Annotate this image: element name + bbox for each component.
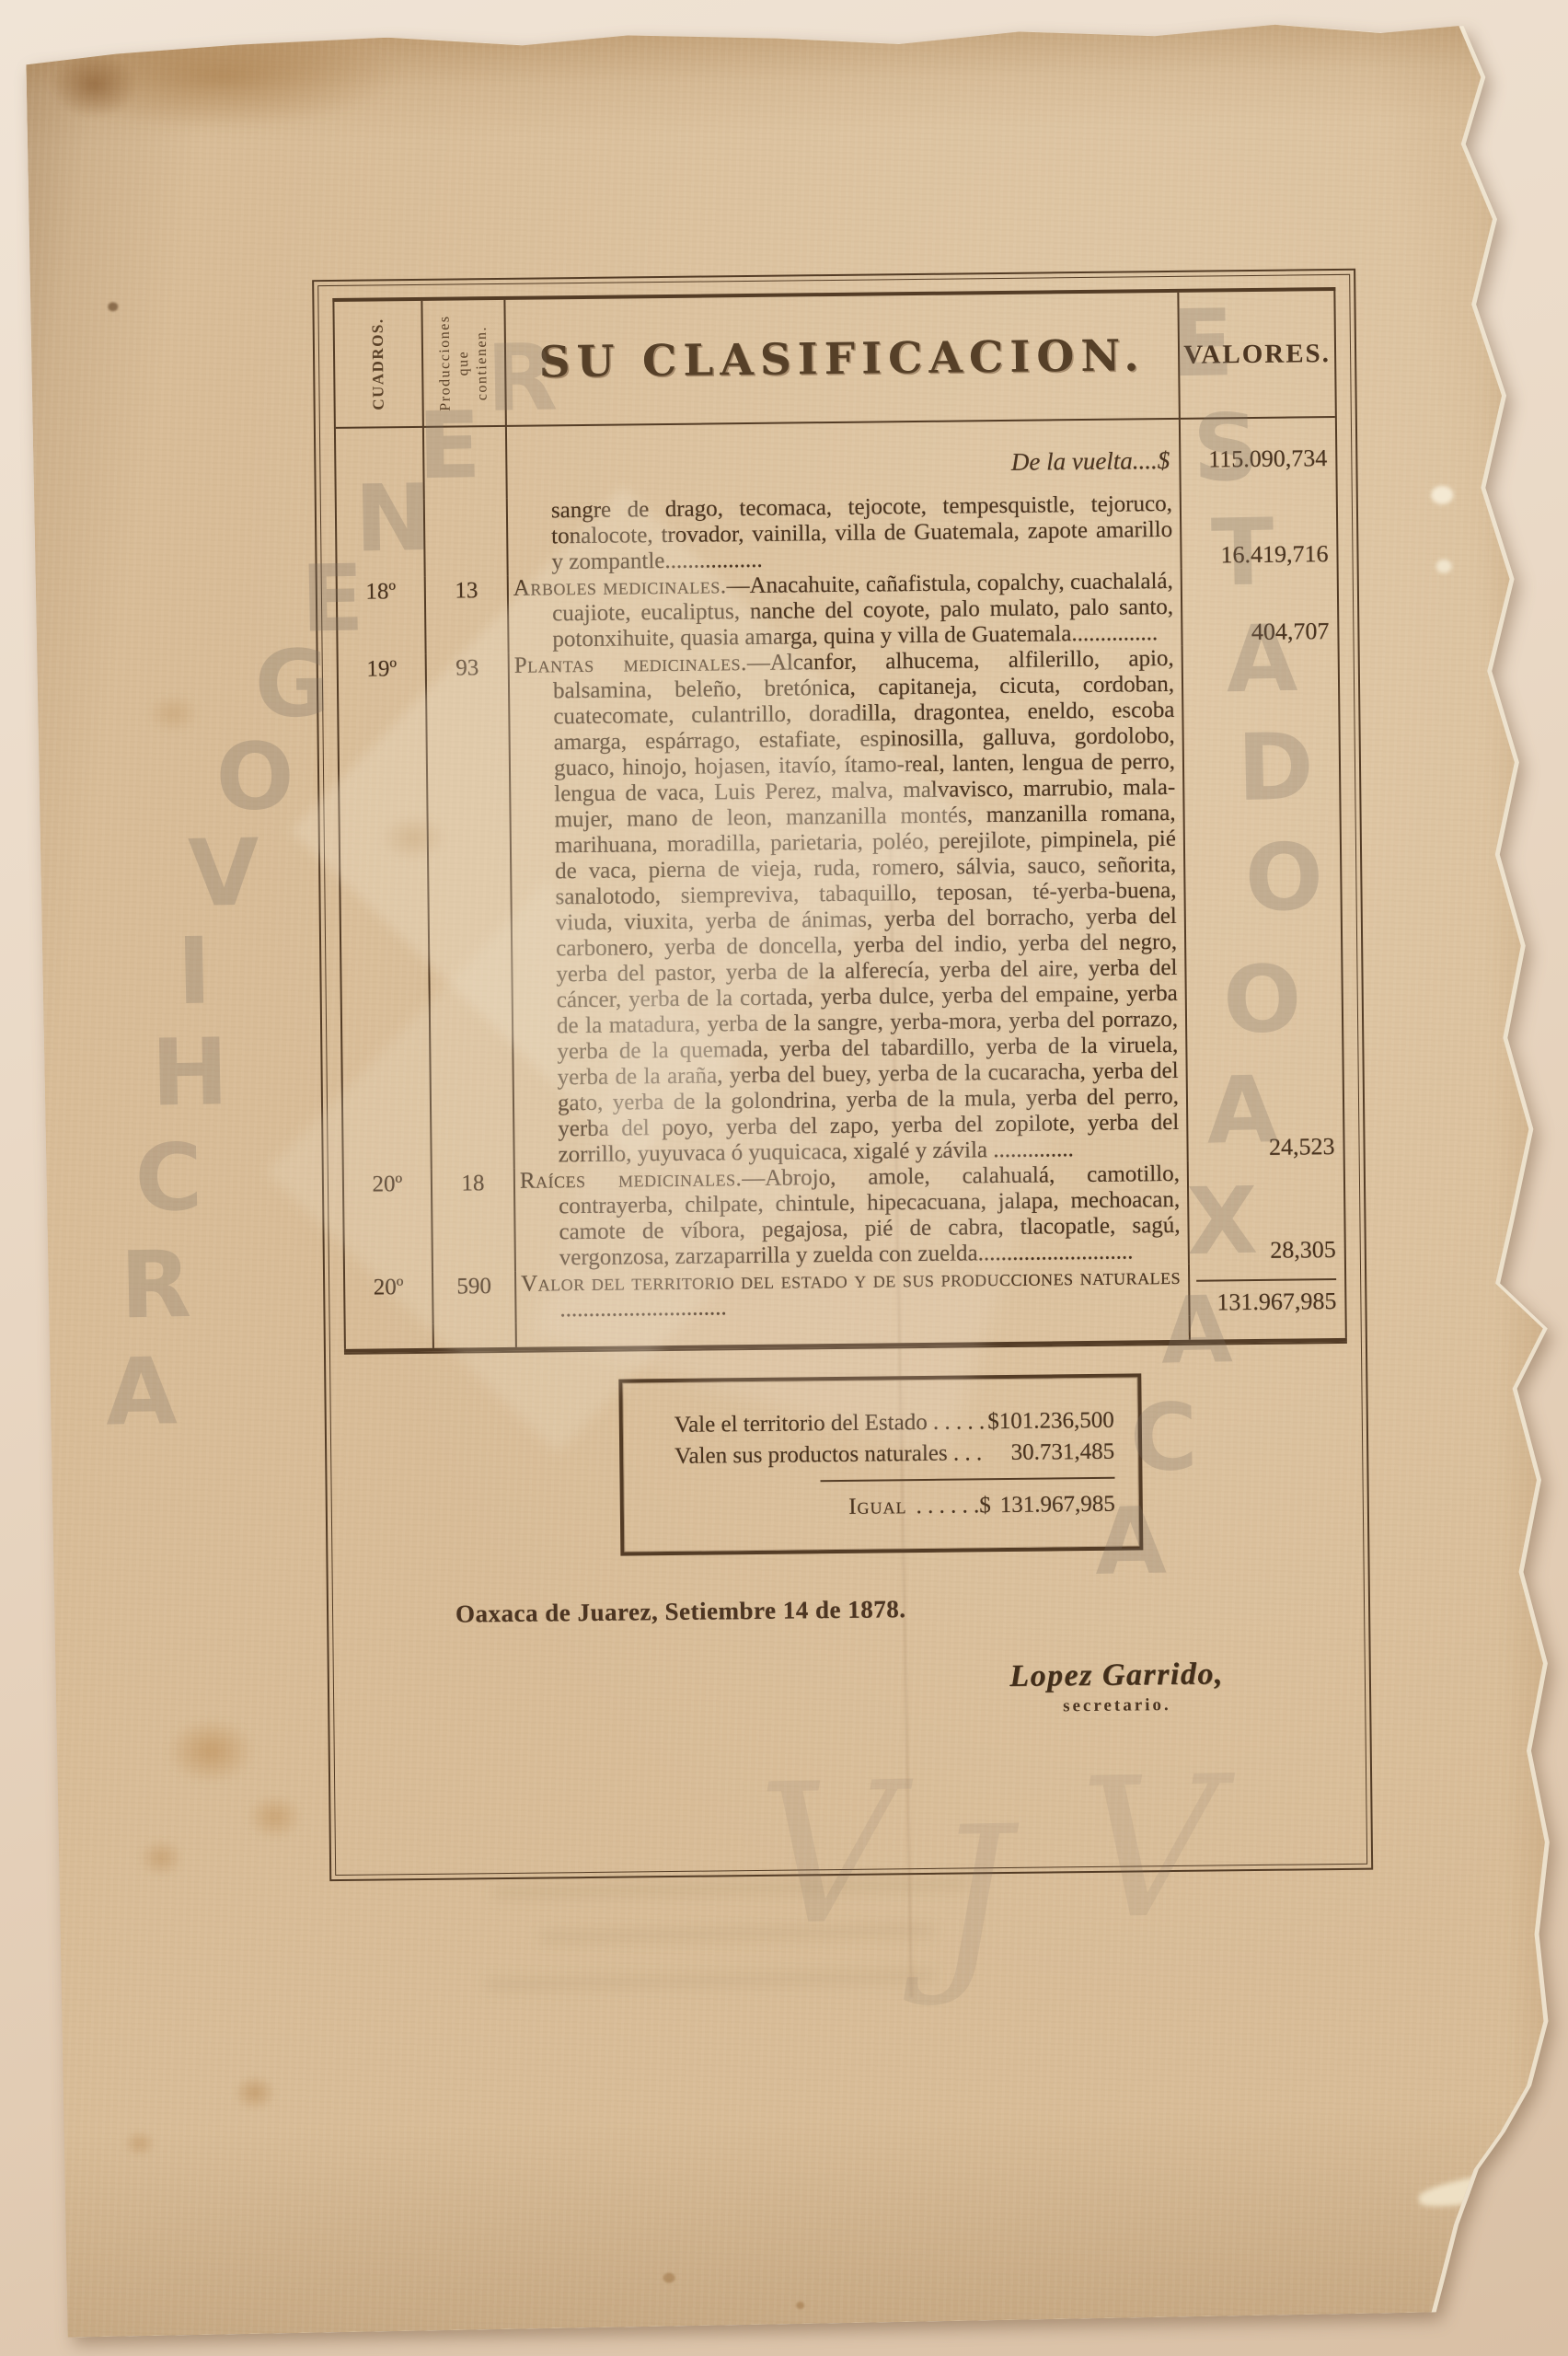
row-cuadro	[337, 500, 426, 578]
stain	[50, 50, 138, 121]
paper-wrapper: CUADROS. Producciones que contienen. SU …	[0, 0, 1568, 2356]
carry-forward-empty	[336, 428, 425, 501]
spacer-cell	[1191, 1314, 1345, 1340]
paper-hole-highlight	[1431, 486, 1453, 504]
watermark-letter: V	[187, 819, 260, 928]
signature-block: Lopez Garrido, secretario.	[1009, 1657, 1224, 1717]
value: 115.090,734	[1208, 445, 1327, 472]
classification-paragraph: Raíces medicinales.—Abrojo, amole, calah…	[520, 1161, 1181, 1272]
bleed-through	[539, 1923, 935, 1944]
spacer-cell	[434, 1323, 517, 1348]
printed-border-frame: CUADROS. Producciones que contienen. SU …	[312, 269, 1373, 1881]
stain	[146, 693, 201, 734]
signature-role: secretario.	[1010, 1694, 1225, 1717]
signature-name: Lopez Garrido,	[1009, 1657, 1224, 1694]
row-producciones: 93	[427, 653, 515, 1170]
row-classification-text: Raíces medicinales.—Abrojo, amole, calah…	[515, 1161, 1190, 1272]
stain	[123, 2130, 157, 2158]
stain	[663, 2272, 674, 2282]
row-producciones	[425, 499, 509, 577]
row-cuadro: 20º	[344, 1170, 433, 1274]
spacer-cell	[346, 1324, 434, 1349]
category-label: Arboles medicinales.	[513, 573, 727, 601]
paper-sheet: CUADROS. Producciones que contienen. SU …	[26, 17, 1568, 2338]
summary-sum-rule	[821, 1477, 1115, 1483]
header-producciones-label: Producciones que contienen.	[435, 300, 491, 426]
classification-paragraph: Plantas medicinales.—Alcanfor, alhucema,…	[514, 646, 1180, 1169]
watermark-letter: A	[105, 1337, 179, 1446]
photo-background: CUADROS. Producciones que contienen. SU …	[0, 0, 1568, 2356]
row-cuadro: 20º	[345, 1273, 434, 1325]
header-cuadros-label: CUADROS.	[368, 318, 388, 410]
printed-border-frame-inner: CUADROS. Producciones que contienen. SU …	[317, 274, 1367, 1876]
summary-line-total: Igual . . . . . .$ 131.967,985	[675, 1490, 1115, 1524]
watermark-letter: C	[134, 1124, 204, 1232]
watermark-letter: R	[120, 1230, 192, 1339]
carry-forward-empty	[424, 427, 508, 500]
stain	[246, 1794, 304, 1841]
torn-edge-shading	[1472, 17, 1568, 2311]
row-classification-text: sangre de drago, tecomaca, tejocote, tem…	[508, 491, 1182, 576]
stain	[1191, 10, 1199, 18]
row-classification-text: Plantas medicinales.—Alcanfor, alhucema,…	[510, 646, 1189, 1169]
table-header-row: CUADROS. Producciones que contienen. SU …	[334, 291, 1334, 429]
value: 24,523	[1269, 1134, 1335, 1161]
summary-line-territory: Vale el territorio del Estado . . . . . …	[674, 1405, 1114, 1441]
row-classification-text: Arboles medicinales.—Anacahuite, cañafis…	[509, 569, 1183, 653]
bleed-through	[492, 1877, 971, 1900]
row-classification-text: Valor del territorio del estado y de sus…	[516, 1265, 1191, 1323]
value: 131.967,985	[1196, 1278, 1336, 1316]
watermark-letter: O	[215, 722, 295, 832]
header-clasificacion-label: SU CLASIFICACION.	[538, 330, 1146, 387]
header-valores-label: VALORES.	[1183, 339, 1331, 371]
header-cuadros: CUADROS.	[334, 301, 424, 429]
category-label: Plantas medicinales.	[514, 651, 747, 678]
summary-line-products: Valen sus productos naturales . . . 30.7…	[674, 1437, 1114, 1472]
bleed-through	[485, 1969, 936, 1991]
summary-box: Vale el territorio del Estado . . . . . …	[618, 1373, 1143, 1555]
row-cuadro: 19º	[339, 654, 432, 1171]
stain	[42, 21, 403, 133]
watermark-letter: I	[176, 917, 212, 1025]
row-producciones: 590	[433, 1272, 517, 1324]
header-valores: VALORES.	[1179, 291, 1335, 420]
classification-table: CUADROS. Producciones que contienen. SU …	[332, 287, 1346, 1349]
carry-forward-label: De la vuelta....$	[507, 420, 1182, 499]
category-label: Raíces medicinales.	[520, 1166, 743, 1194]
row-producciones: 13	[426, 576, 510, 654]
classification-paragraph: Valor del territorio del estado y de sus…	[521, 1265, 1182, 1323]
stain	[165, 1717, 256, 1785]
row-producciones: 18	[432, 1169, 516, 1273]
row-value: 404,707	[1182, 567, 1338, 646]
row-value: 131.967,985	[1190, 1263, 1345, 1316]
header-clasificacion: SU CLASIFICACION.	[505, 293, 1180, 427]
row-value: 28,305	[1189, 1160, 1344, 1265]
row-value: 16.419,716	[1182, 490, 1337, 569]
row-value: 24,523	[1183, 644, 1343, 1161]
stain	[232, 2073, 277, 2111]
classification-paragraph: Arboles medicinales.—Anacahuite, cañafis…	[513, 569, 1174, 653]
classification-paragraph: sangre de drago, tecomaca, tejocote, tem…	[513, 491, 1173, 576]
stain	[138, 1838, 185, 1877]
row-cuadro: 18º	[338, 577, 427, 655]
paper-hole-highlight	[1436, 560, 1452, 573]
carry-forward-value: 115.090,734	[1181, 418, 1336, 491]
value: 28,305	[1270, 1237, 1336, 1264]
header-producciones: Producciones que contienen.	[422, 300, 507, 428]
value: 404,707	[1251, 618, 1330, 645]
dateline: Oaxaca de Juarez, Setiembre 14 de 1878.	[455, 1590, 1350, 1629]
stain	[796, 2302, 804, 2309]
watermark-letter: H	[150, 1018, 229, 1127]
value: 16.419,716	[1220, 541, 1328, 568]
stain	[108, 302, 118, 311]
tear-highlight	[1417, 2159, 1568, 2212]
table-body: De la vuelta....$115.090,734sangre de dr…	[336, 418, 1345, 1349]
